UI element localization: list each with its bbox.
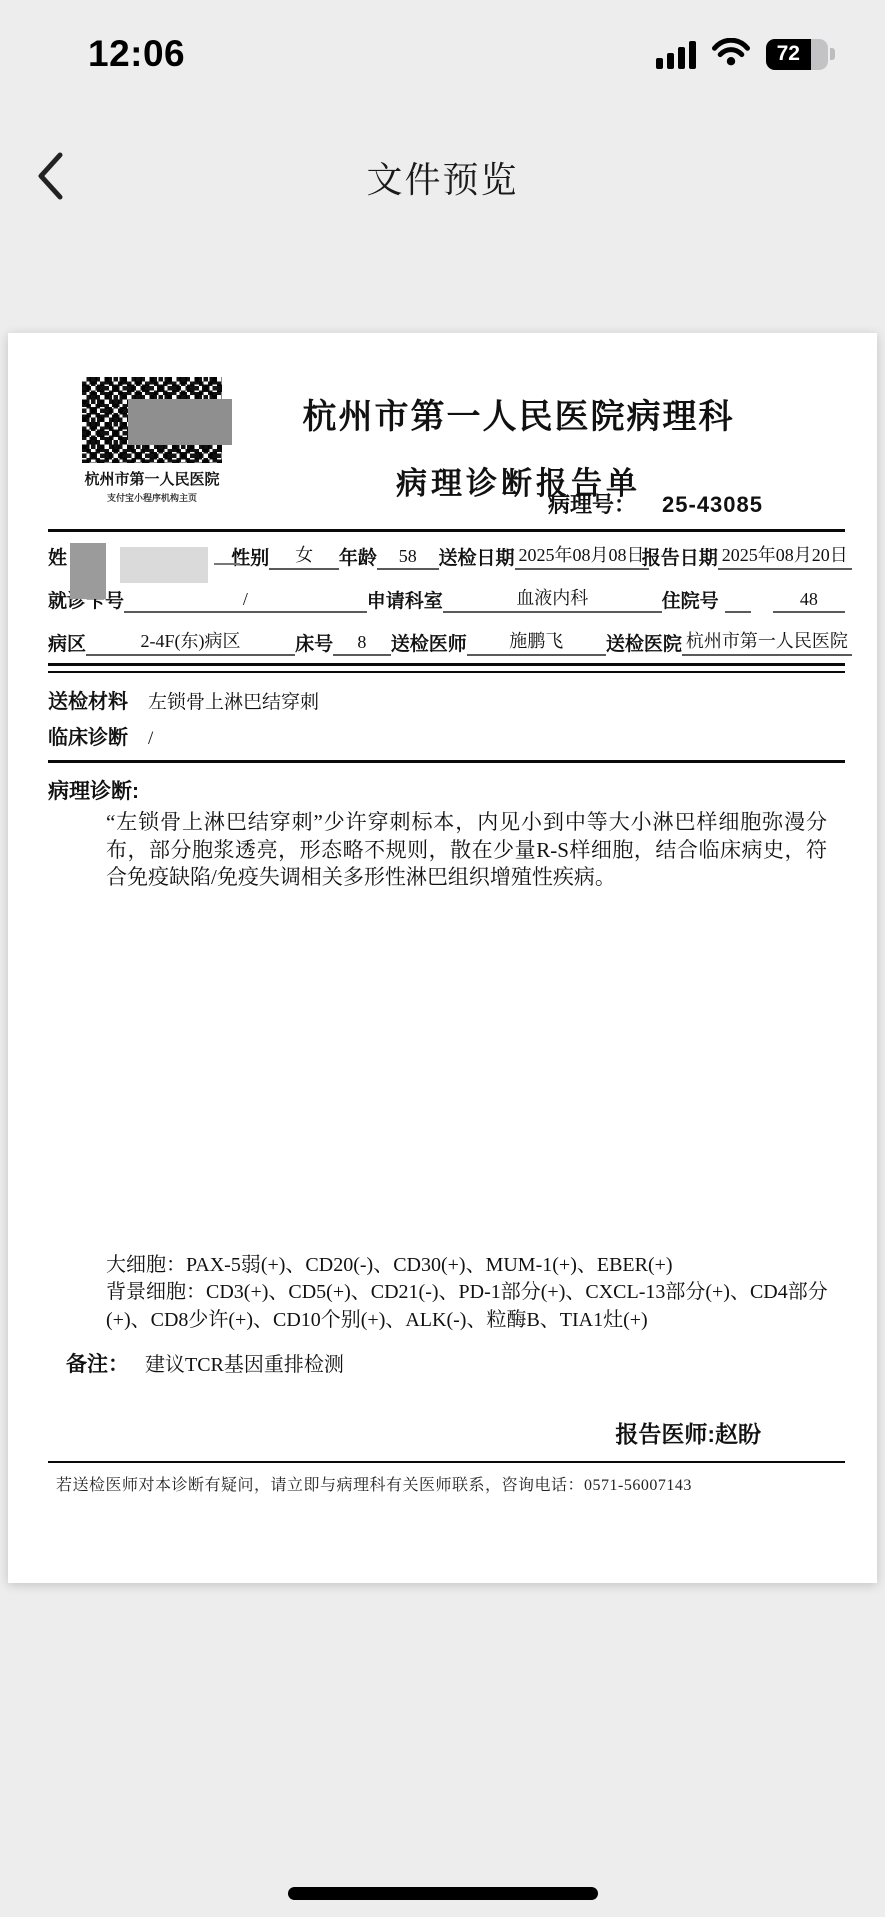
report-date-label: 报告日期 bbox=[642, 543, 718, 570]
age-label: 年龄 bbox=[339, 543, 377, 570]
wifi-icon bbox=[712, 38, 750, 71]
page-title: 文件预览 bbox=[0, 152, 885, 203]
submitting-doctor-field: 送检医师 施鹏飞 bbox=[391, 627, 606, 656]
gender-field: 性别 女 bbox=[231, 541, 339, 570]
info-row-1: 姓 性别 女 年龄 58 送检日期 2025年08月08日 报告日期 2025年… bbox=[48, 532, 845, 575]
footer-divider bbox=[48, 1461, 845, 1463]
inpatient-underline-stub bbox=[725, 611, 751, 613]
qr-caption-subtitle: 支付宝小程序机构主页 bbox=[107, 491, 197, 504]
qr-caption-hospital: 杭州市第一人民医院 bbox=[84, 468, 219, 489]
age-value: 58 bbox=[377, 546, 439, 570]
ward-value: 2-4F(东)病区 bbox=[86, 627, 295, 656]
department-label: 申请科室 bbox=[367, 586, 443, 613]
materials-label: 送检材料 bbox=[48, 685, 128, 714]
ward-label: 病区 bbox=[48, 629, 86, 656]
age-field: 年龄 58 bbox=[339, 543, 439, 570]
materials-line: 送检材料 左锁骨上淋巴结穿刺 bbox=[48, 685, 845, 714]
submitting-hospital-label: 送检医院 bbox=[606, 629, 682, 656]
materials-value: 左锁骨上淋巴结穿刺 bbox=[148, 687, 319, 714]
note-label: 备注： bbox=[66, 1348, 129, 1378]
submitting-doctor-value: 施鹏飞 bbox=[467, 627, 606, 656]
name-redaction-light bbox=[120, 547, 208, 583]
report-titles: 杭州市第一人民医院病理科 病理诊断报告单 bbox=[238, 377, 845, 504]
department-value: 血液内科 bbox=[443, 584, 662, 613]
bed-value: 8 bbox=[333, 632, 391, 656]
pathology-number-label: 病理号： bbox=[548, 492, 636, 517]
report-date-value: 2025年08月20日 bbox=[718, 541, 852, 570]
note-value: 建议TCR基因重排检测 bbox=[145, 1348, 344, 1377]
submitting-hospital-value: 杭州市第一人民医院 bbox=[682, 627, 852, 656]
pathology-diagnosis-heading: 病理诊断: bbox=[48, 775, 845, 805]
bed-field: 床号 8 bbox=[295, 629, 391, 656]
clinical-diagnosis-line: 临床诊断 / bbox=[48, 721, 845, 750]
qr-code bbox=[82, 377, 222, 463]
send-date-label: 送检日期 bbox=[439, 543, 515, 570]
clinical-diagnosis-label: 临床诊断 bbox=[48, 721, 128, 750]
cellular-signal-icon bbox=[656, 39, 696, 69]
reporting-doctor-value: 赵盼 bbox=[715, 1421, 761, 1447]
battery-percent: 72 bbox=[766, 39, 811, 70]
reporting-doctor-line: 报告医师:赵盼 bbox=[48, 1416, 845, 1449]
battery-icon: 72 bbox=[766, 39, 835, 70]
name-label: 姓 bbox=[48, 543, 67, 570]
report-title: 杭州市第一人民医院病理科 bbox=[238, 389, 799, 438]
submitting-doctor-label: 送检医师 bbox=[391, 629, 467, 656]
inpatient-number-field: 住院号 48 bbox=[662, 586, 845, 613]
document-card: 杭州市第一人民医院 支付宝小程序机构主页 杭州市第一人民医院病理科 病理诊断报告… bbox=[8, 333, 877, 1583]
home-indicator[interactable] bbox=[288, 1887, 598, 1900]
inpatient-number-value: 48 bbox=[773, 589, 845, 613]
immunohistochemistry-block: 大细胞：PAX-5弱(+)、CD20(-)、CD30(+)、MUM-1(+)、E… bbox=[48, 1252, 845, 1334]
footer-disclaimer: 若送检医师对本诊断有疑问，请立即与病理科有关医师联系，咨询电话：0571-560… bbox=[48, 1472, 845, 1495]
send-date-value: 2025年08月08日 bbox=[515, 541, 649, 570]
reporting-doctor-label: 报告医师: bbox=[615, 1421, 715, 1447]
qr-block: 杭州市第一人民医院 支付宝小程序机构主页 bbox=[66, 377, 238, 504]
pathology-diagnosis-body: “左锁骨上淋巴结穿刺”少许穿刺标本，内见小到中等大小淋巴样细胞弥漫分布，部分胞浆… bbox=[48, 809, 845, 892]
gender-label: 性别 bbox=[231, 543, 269, 570]
send-date-field: 送检日期 2025年08月08日 bbox=[439, 541, 642, 570]
report-header: 杭州市第一人民医院 支付宝小程序机构主页 杭州市第一人民医院病理科 病理诊断报告… bbox=[48, 377, 845, 504]
status-bar: 12:06 72 bbox=[0, 22, 885, 86]
submitting-hospital-field: 送检医院 杭州市第一人民医院 bbox=[606, 627, 845, 656]
name-redaction-dark bbox=[70, 543, 106, 599]
card-number-value: / bbox=[124, 589, 367, 613]
name-field: 姓 bbox=[48, 543, 231, 570]
clock-text: 12:06 bbox=[88, 33, 185, 75]
info-row-3: 病区 2-4F(东)病区 床号 8 送检医师 施鹏飞 送检医院 杭州市第一人民医… bbox=[48, 618, 845, 661]
note-line: 备注： 建议TCR基因重排检测 bbox=[48, 1348, 845, 1378]
clinical-diagnosis-value: / bbox=[148, 728, 153, 750]
name-underline-stub bbox=[214, 563, 240, 565]
patient-info-table: 姓 性别 女 年龄 58 送检日期 2025年08月08日 报告日期 2025年… bbox=[48, 529, 845, 661]
department-field: 申请科室 血液内科 bbox=[367, 584, 662, 613]
ward-field: 病区 2-4F(东)病区 bbox=[48, 627, 295, 656]
blank-space bbox=[48, 892, 845, 1252]
nav-bar: 文件预览 bbox=[0, 138, 885, 214]
report-date-field: 报告日期 2025年08月20日 bbox=[642, 541, 845, 570]
ihc-background-cells-line: 背景细胞：CD3(+)、CD5(+)、CD21(-)、PD-1部分(+)、CXC… bbox=[106, 1279, 837, 1333]
inpatient-number-label: 住院号 bbox=[662, 586, 719, 613]
bed-label: 床号 bbox=[295, 629, 333, 656]
table-bottom-divider bbox=[48, 663, 845, 673]
pathology-number-value: 25-43085 bbox=[662, 492, 763, 517]
qr-redaction-box bbox=[128, 399, 232, 445]
ihc-large-cells-line: 大细胞：PAX-5弱(+)、CD20(-)、CD30(+)、MUM-1(+)、E… bbox=[106, 1252, 837, 1279]
section-divider bbox=[48, 760, 845, 763]
gender-value: 女 bbox=[269, 541, 339, 570]
status-icons: 72 bbox=[656, 38, 835, 71]
